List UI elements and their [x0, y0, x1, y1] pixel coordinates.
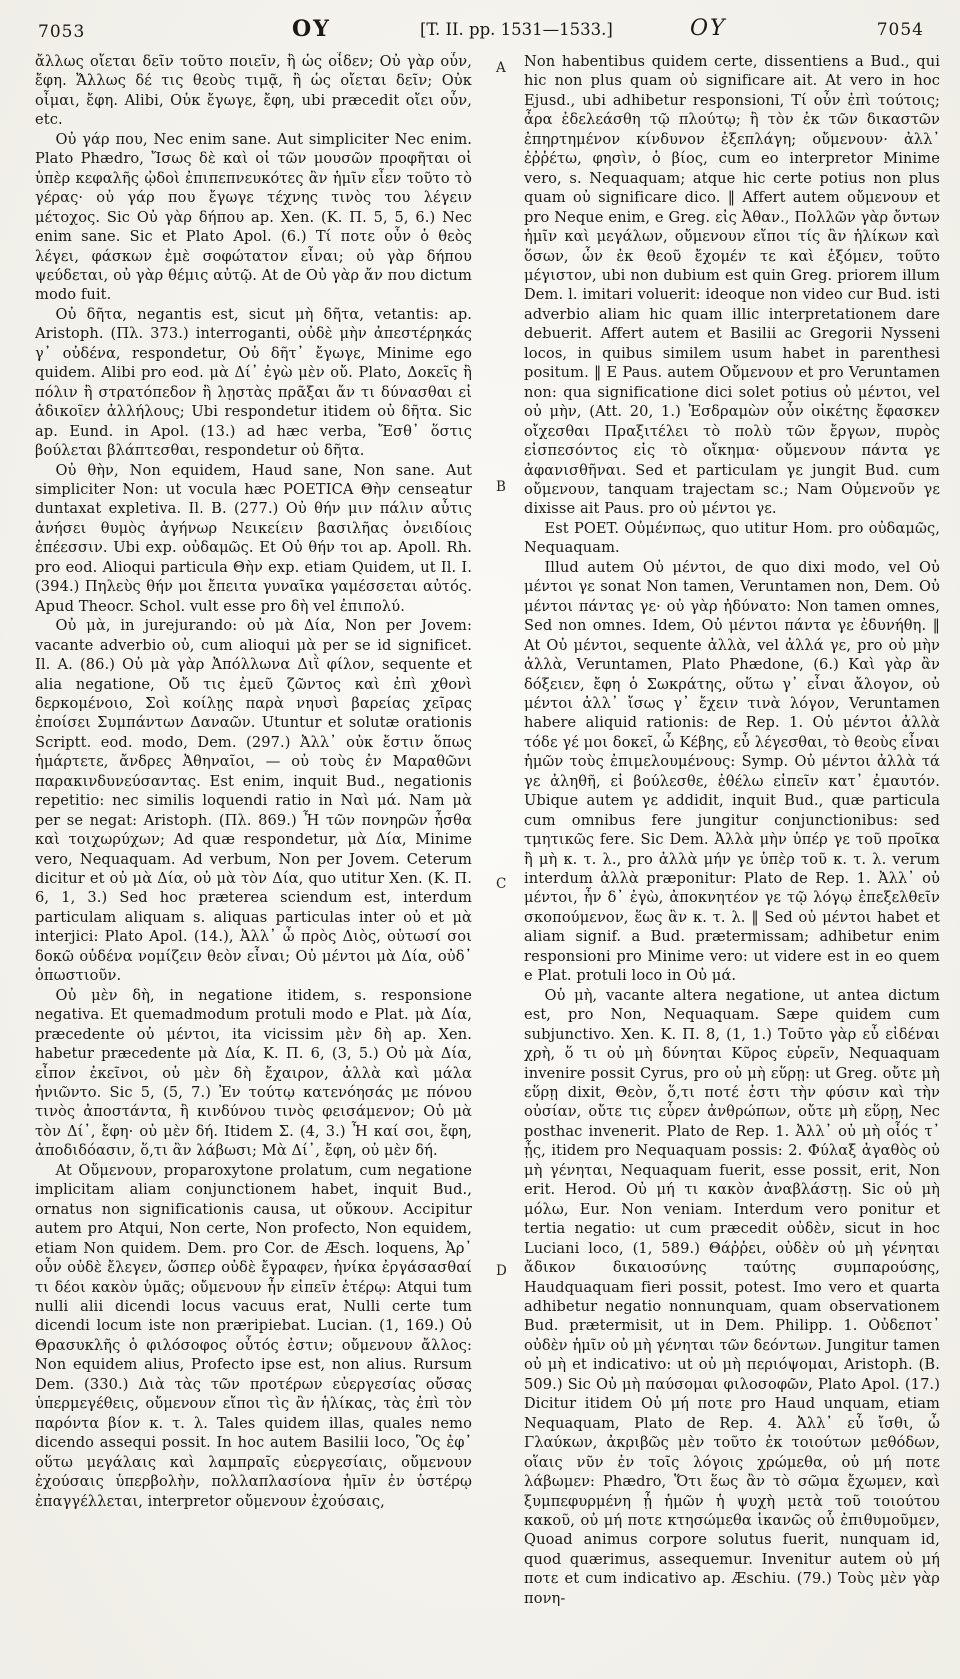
margin-letter-c: C — [496, 876, 507, 892]
paragraph: Est POET. Οὐμένπως, quo utitur Hom. pro … — [524, 519, 940, 558]
margin-letter-d: D — [496, 1263, 507, 1279]
paragraph: Οὐ μὰ, in jurejurando: οὐ μὰ Δία, Non pe… — [35, 616, 472, 986]
margin-letter-a: A — [496, 60, 506, 76]
paragraph: Οὐ μὲν δὴ, in negatione itidem, s. respo… — [35, 986, 472, 1161]
running-title-right: ΟΥ — [690, 16, 727, 41]
margin-letter-b: B — [496, 479, 506, 495]
page-number-left: 7053 — [38, 22, 85, 42]
paragraph: Non habentibus quidem certe, dissentiens… — [524, 52, 940, 519]
paragraph: ἄλλως οἴεται δεῖν τοῦτο ποιεῖν, ἢ ὡς οἶδ… — [35, 52, 472, 130]
column-left: ἄλλως οἴεται δεῖν τοῦτο ποιεῖν, ἢ ὡς οἶδ… — [35, 52, 472, 1664]
column-gutter — [472, 52, 524, 1664]
running-title-left: ΟΥ — [292, 16, 331, 42]
column-right: Non habentibus quidem certe, dissentiens… — [524, 52, 940, 1664]
running-head: 7053 ΟΥ [T. II. pp. 1531—1533.] ΟΥ 7054 — [0, 16, 960, 50]
paragraph: Οὐ δῆτα, negantis est, sicut μὴ δῆτα, ve… — [35, 305, 472, 461]
paragraph: Οὐ γάρ που, Nec enim sane. Aut simplicit… — [35, 130, 472, 305]
scanned-lexicon-page: 7053 ΟΥ [T. II. pp. 1531—1533.] ΟΥ 7054 … — [0, 0, 960, 1679]
paragraph: Οὐ μὴ, vacante altera negatione, ut ante… — [524, 986, 940, 1609]
text-columns: ἄλλως οἴεται δεῖν τοῦτο ποιεῖν, ἢ ὡς οἶδ… — [0, 52, 960, 1664]
volume-page-reference: [T. II. pp. 1531—1533.] — [420, 20, 613, 39]
page-number-right: 7054 — [877, 20, 924, 40]
paragraph: Οὐ θὴν, Non equidem, Haud sane, Non sane… — [35, 461, 472, 617]
paragraph: Illud autem Οὐ μέντοι, de quo dixi modo,… — [524, 558, 940, 986]
paragraph: At Οὔμενουν, proparoxytone prolatum, cum… — [35, 1161, 472, 1511]
